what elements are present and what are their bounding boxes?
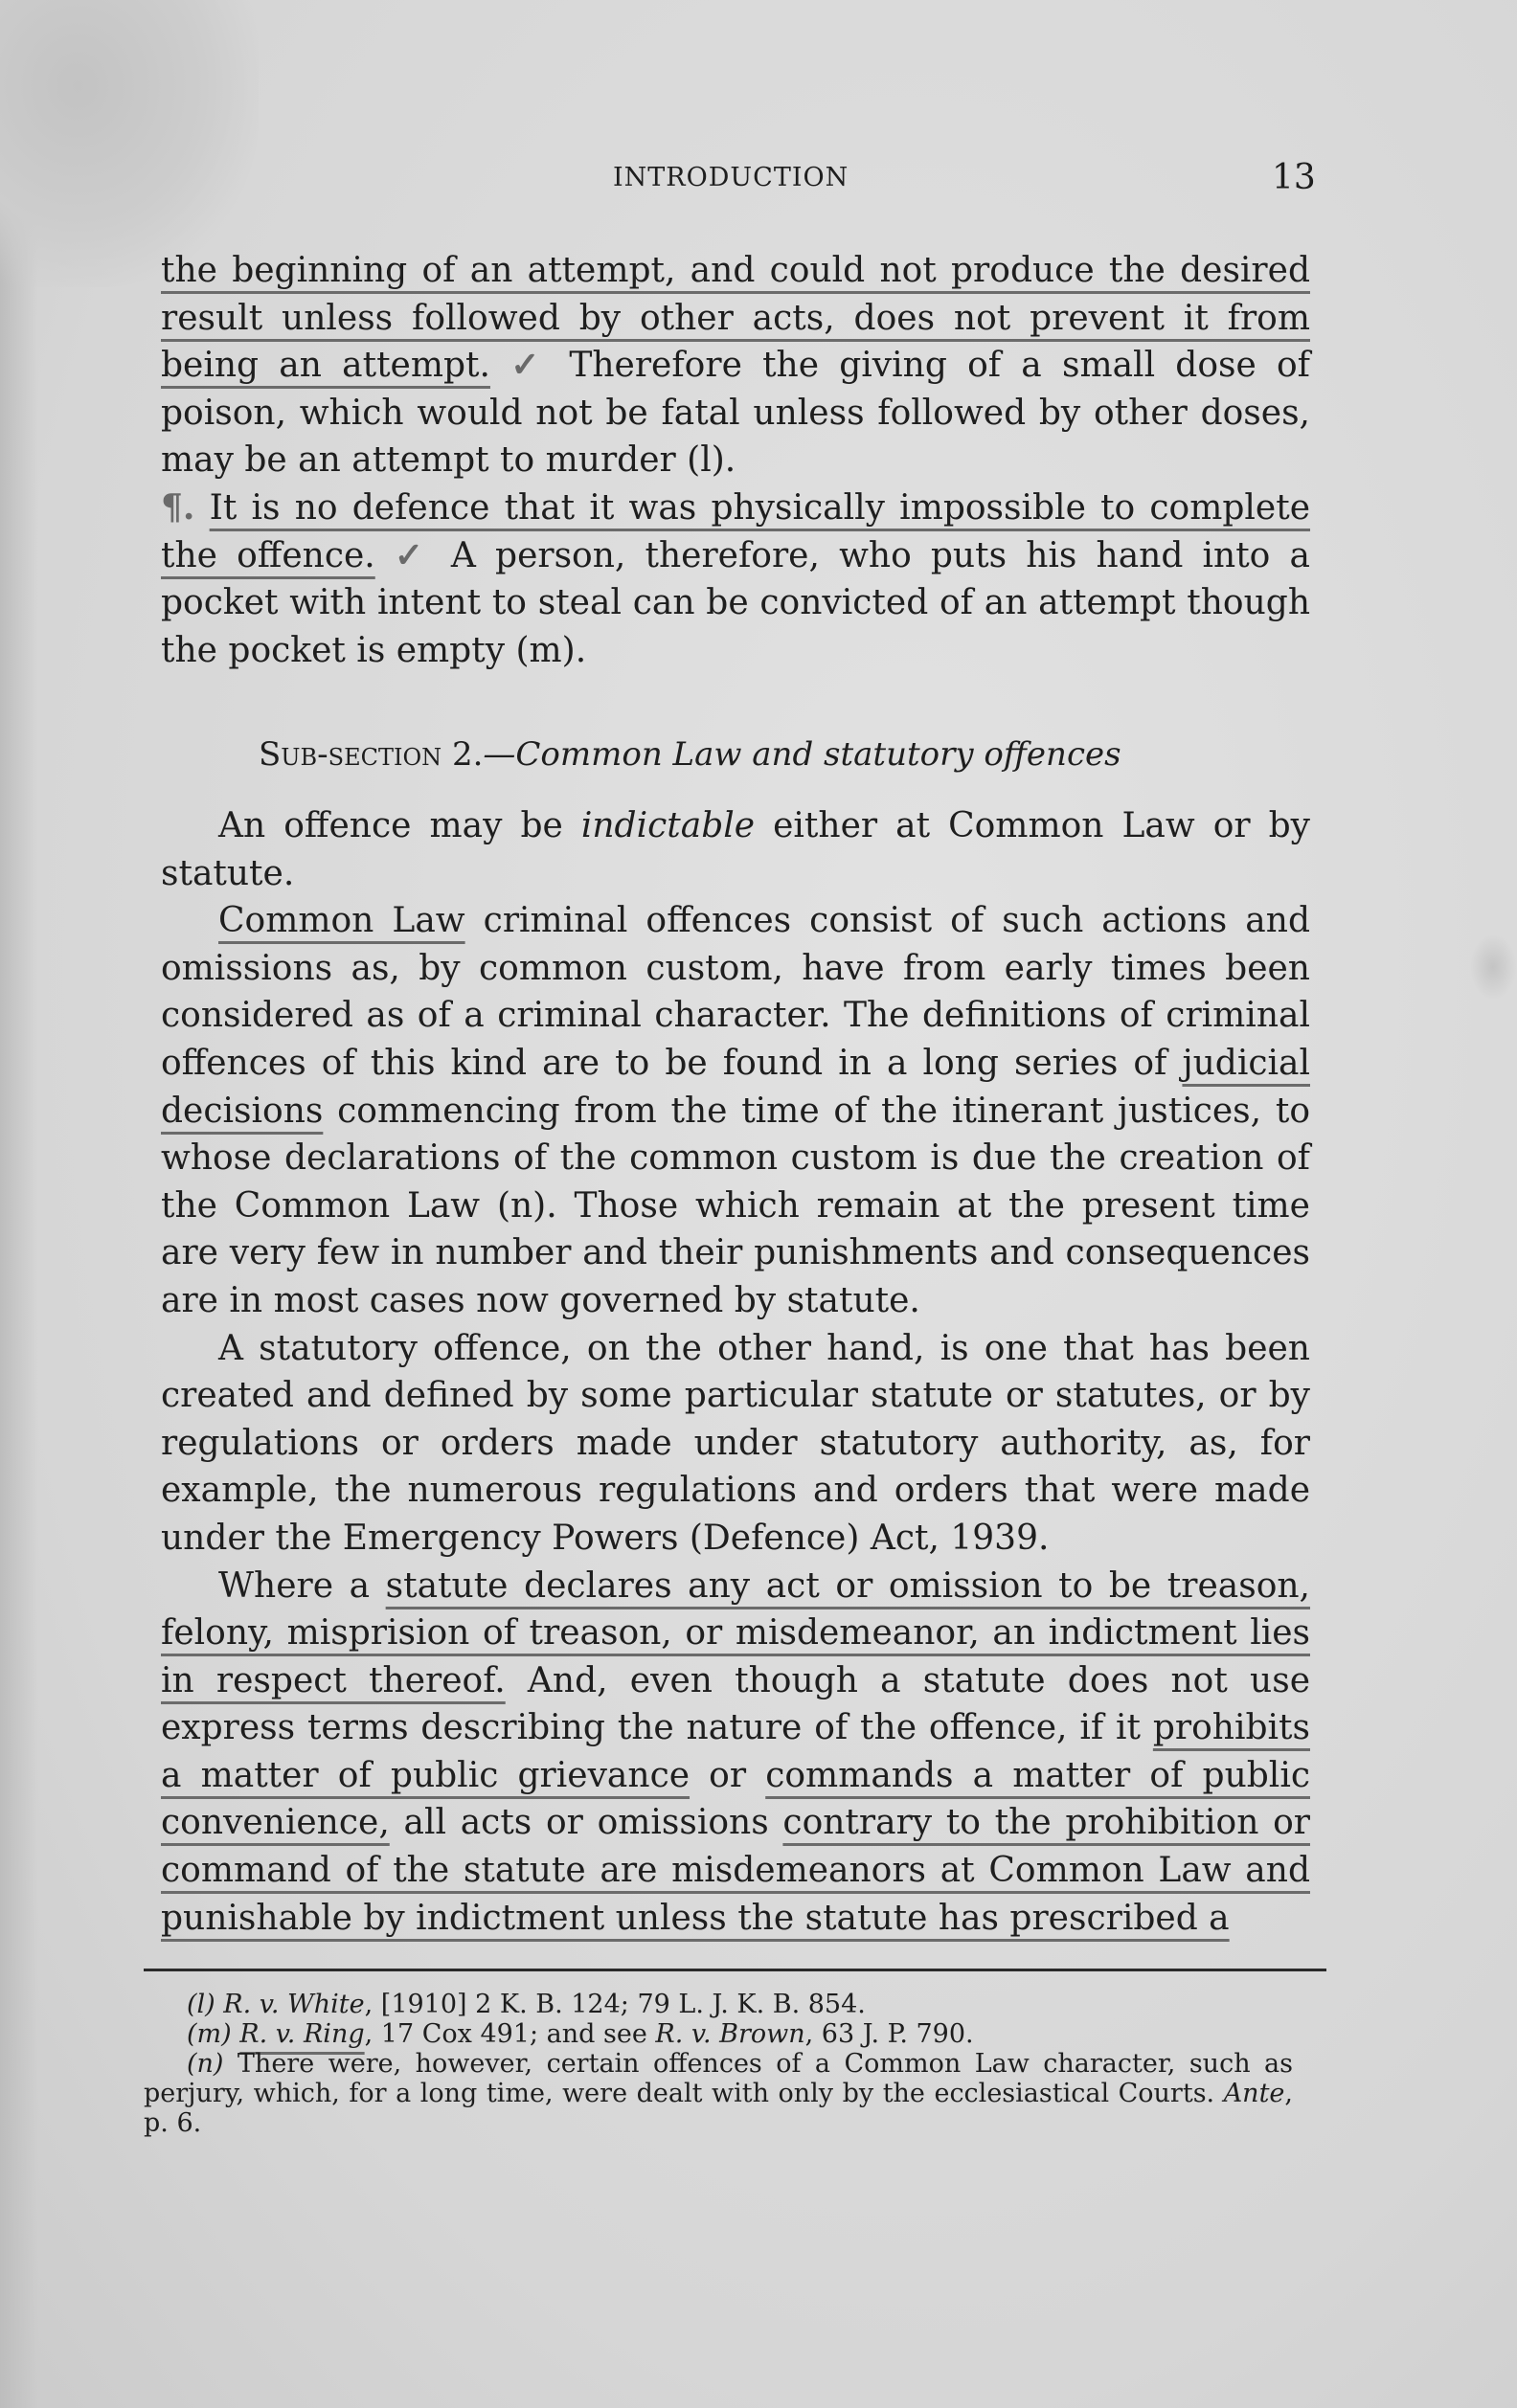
footnote-l: (l) R. v. White, [1910] 2 K. B. 124; 79 …	[144, 1990, 1293, 2019]
paragraph-impossibility: ¶. It is no defence that it was physical…	[161, 484, 1310, 674]
paragraph-attempt: the beginning of an attempt, and could n…	[161, 247, 1310, 484]
water-stain	[0, 0, 259, 287]
text-block-top: the beginning of an attempt, and could n…	[161, 247, 1310, 674]
page-gutter-shadow	[0, 0, 38, 2408]
paragraph-statute-declares: Where a statute declares any act or omis…	[161, 1563, 1310, 1943]
pencil-check-mark-icon: ✓	[510, 345, 549, 385]
page-number: 13	[1272, 158, 1316, 197]
footnote-n: (n) There were, however, certain offence…	[144, 2049, 1293, 2138]
pencil-check-mark-icon: ✓	[395, 535, 432, 575]
edge-stain	[1469, 934, 1517, 1001]
subsection-heading: Sub-section 2.—Common Law and statutory …	[259, 735, 1121, 774]
footnotes: (l) R. v. White, [1910] 2 K. B. 124; 79 …	[144, 1990, 1293, 2138]
running-title: INTRODUCTION	[613, 163, 849, 192]
footnote-m: (m) R. v. Ring, 17 Cox 491; and see R. v…	[144, 2019, 1293, 2049]
text-block-main: An offence may be indictable either at C…	[161, 802, 1310, 1942]
pencil-paragraph-mark-icon: ¶.	[161, 487, 194, 528]
paragraph-statutory: A statutory offence, on the other hand, …	[161, 1325, 1310, 1563]
paragraph-indictable: An offence may be indictable either at C…	[161, 802, 1310, 897]
paragraph-common-law: Common Law criminal offences consist of …	[161, 897, 1310, 1324]
footnote-rule	[144, 1969, 1326, 1971]
book-page: INTRODUCTION 13 the beginning of an atte…	[0, 0, 1517, 2408]
